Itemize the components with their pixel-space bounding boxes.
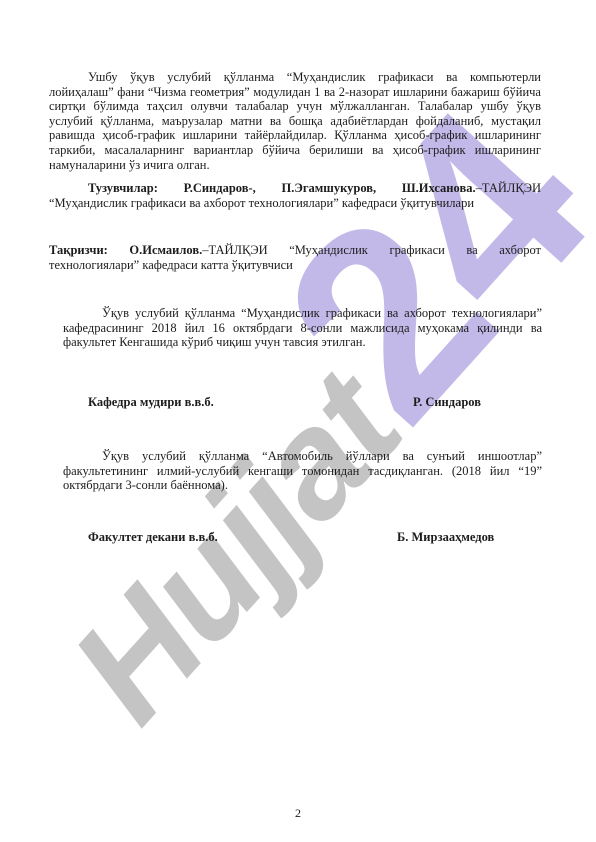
signature-title: Кафедра мудири в.в.б. (88, 395, 214, 410)
reviewer-label: Тақризчи: О.Исмаилов. (49, 243, 202, 257)
faculty-approval-paragraph: Ўқув услубий қўлланма “Автомобиль йўллар… (63, 449, 542, 493)
signature-name: Б. Мирзааҳмедов (397, 530, 494, 545)
intro-paragraph: Ушбу ўқув услубий қўлланма “Муҳандислик … (49, 70, 541, 172)
reviewer-paragraph: Тақризчи: О.Исмаилов.–ТАЙЛҚЭИ “Муҳандисл… (49, 243, 541, 272)
page-number: 2 (0, 806, 596, 821)
department-meeting-paragraph: Ўқув услубий қўлланма “Муҳандислик графи… (63, 306, 542, 350)
signature-title: Факултет декани в.в.б. (88, 530, 218, 545)
compilers-paragraph: Тузувчилар: Р.Синдаров-, П.Эгамшукуров, … (49, 181, 541, 210)
compilers-label: Тузувчилар: Р.Синдаров-, П.Эгамшукуров, … (88, 181, 476, 195)
document-page: Hujjat24 Ушбу ўқув услубий қўлланма “Муҳ… (0, 0, 596, 842)
signature-row-faculty: Факултет декани в.в.б. Б. Мирзааҳмедов (49, 530, 541, 546)
signature-row-department: Кафедра мудири в.в.б. Р. Синдаров (49, 395, 541, 411)
page-content: Ушбу ўқув услубий қўлланма “Муҳандислик … (0, 0, 596, 842)
signature-name: Р. Синдаров (413, 395, 481, 410)
